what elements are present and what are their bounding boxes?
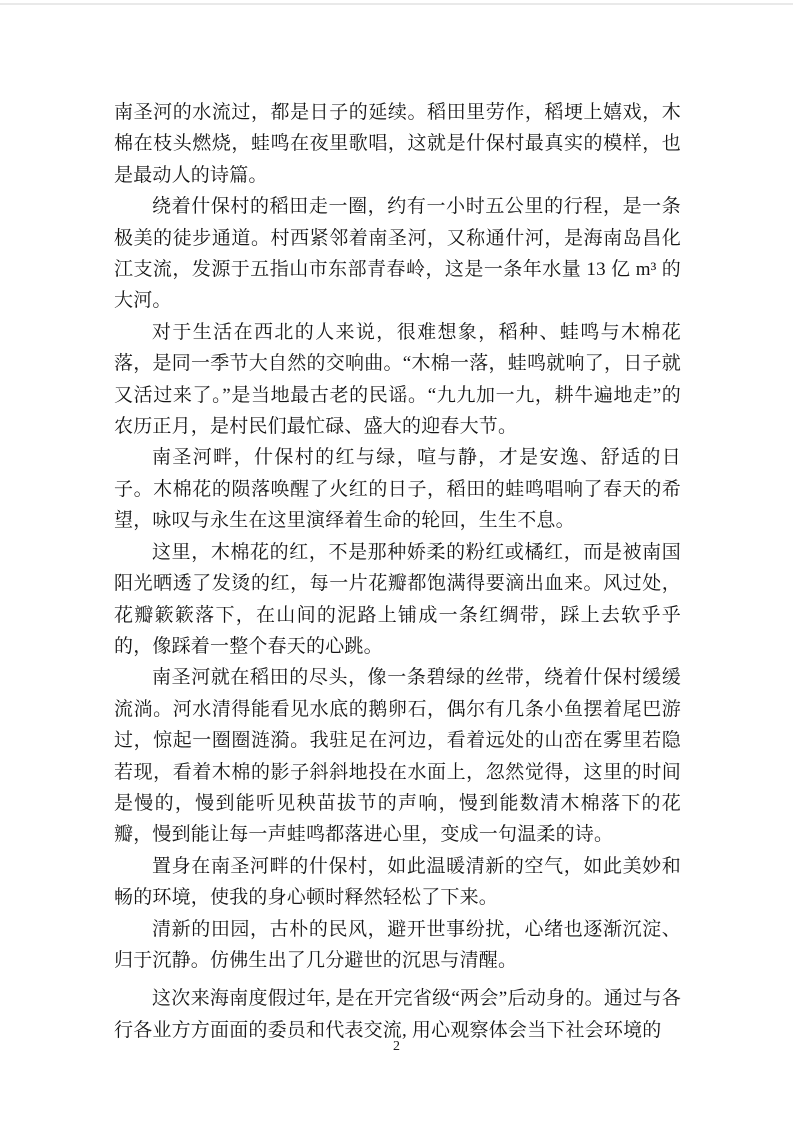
- paragraph: 绕着什保村的稻田走一圈，约有一小时五公里的行程，是一条极美的徒步通道。村西紧邻着…: [114, 191, 681, 317]
- page-number: 2: [393, 1039, 400, 1054]
- page-footer: 2: [0, 1037, 793, 1055]
- page-top-edge: [0, 3, 793, 5]
- paragraph: 置身在南圣河畔的什保村，如此温暖清新的空气，如此美妙和畅的环境，使我的身心顿时释…: [114, 851, 681, 914]
- paragraph: 南圣河就在稻田的尽头，像一条碧绿的丝带，绕着什保村缓缓流淌。河水清得能看见水底的…: [114, 662, 681, 850]
- paragraph: 这里，木棉花的红，不是那种娇柔的粉红或橘红，而是被南国阳光晒透了发烫的红，每一片…: [114, 537, 681, 663]
- paragraph: 南圣河的水流过，都是日子的延续。稻田里劳作，稻埂上嬉戏，木棉在枝头燃烧，蛙鸣在夜…: [114, 97, 681, 191]
- paragraph: 南圣河畔，什保村的红与绿，喧与静，才是安逸、舒适的日子。木棉花的陨落唤醒了火红的…: [114, 442, 681, 536]
- document-body: 南圣河的水流过，都是日子的延续。稻田里劳作，稻埂上嬉戏，木棉在枝头燃烧，蛙鸣在夜…: [114, 97, 681, 1046]
- paragraph: 清新的田园，古朴的民风，避开世事纷扰，心绪也逐渐沉淀、归于沉静。仿佛生出了几分避…: [114, 914, 681, 977]
- paragraph: 对于生活在西北的人来说，很难想象，稻种、蛙鸣与木棉花落，是同一季节大自然的交响曲…: [114, 317, 681, 443]
